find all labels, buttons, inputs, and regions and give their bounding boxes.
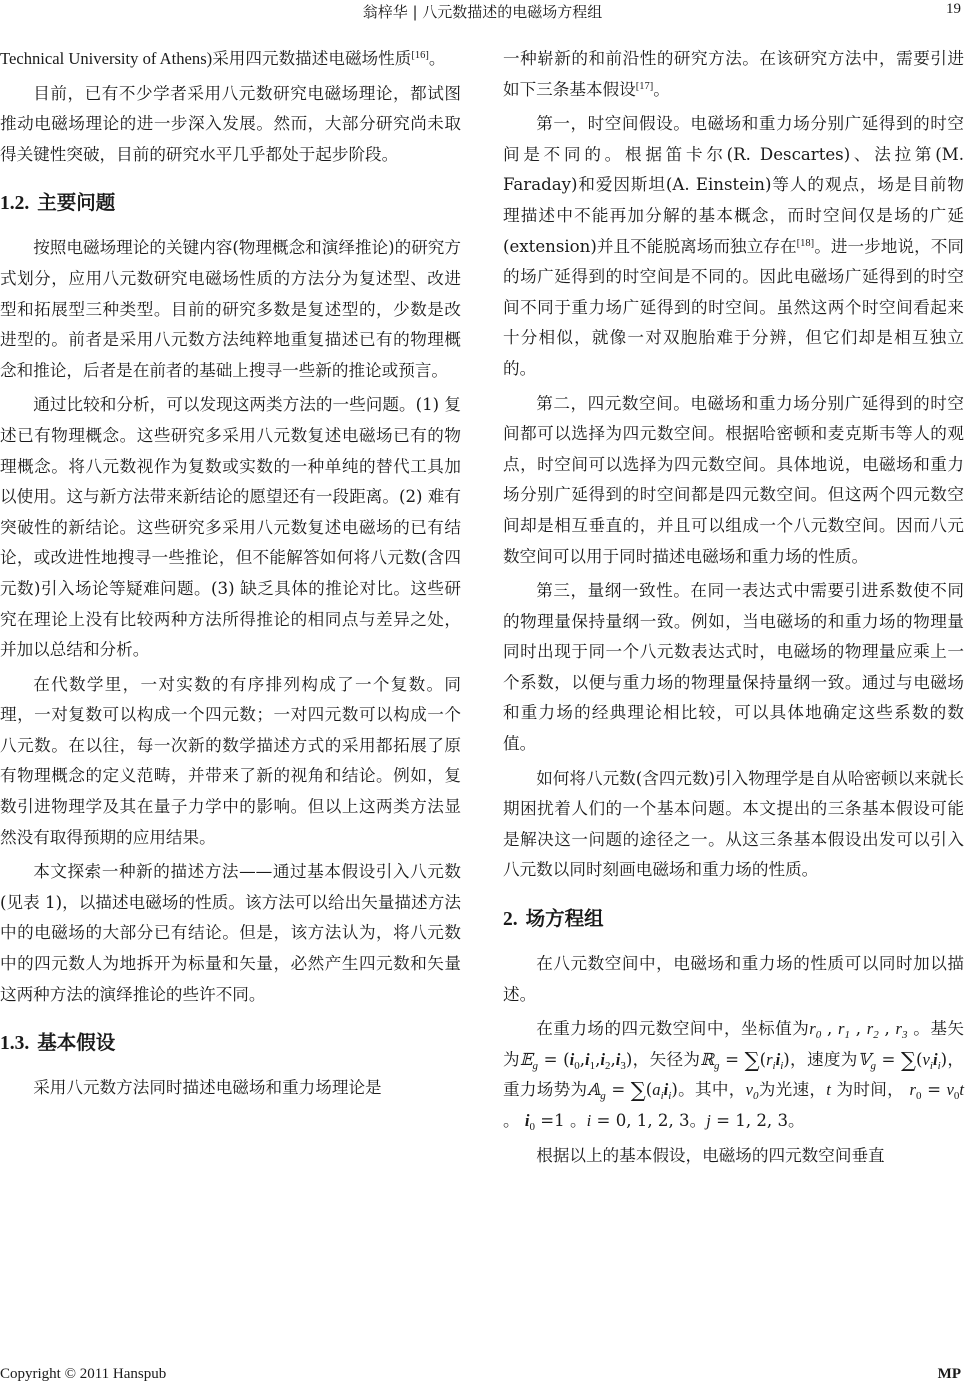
paragraph: 本文探索一种新的描述方法——通过基本假设引入八元数(见表 1)，以描述电磁场的性… [0,857,461,1010]
paragraph: 在八元数空间中，电磁场和重力场的性质可以同时加以描述。 [503,949,964,1010]
math-eq-j: j [706,1111,711,1130]
section-heading-1-2: 1.2.主要问题 [0,190,461,217]
citation[interactable]: [16] [411,50,429,61]
paragraph: 通过比较和分析，可以发现这两类方法的一些问题。(1) 复述已有物理概念。这些研究… [0,390,461,665]
copyright: Copyright © 2011 Hanspub [0,1366,166,1383]
math-velocity: 𝕍g = ∑(viii) [858,1050,948,1069]
journal-abbrev: MP [938,1366,961,1383]
paragraph: 一种崭新的和前沿性的研究方法。在该研究方法中，需要引进如下三条基本假设[17]。 [503,44,964,105]
math-t: t [826,1080,831,1099]
math-basis: 𝔼g = (i0,i1,i2,i3) [520,1050,633,1069]
math-r3: r3 [896,1019,908,1038]
paragraph: 根据以上的基本假设，电磁场的四元数空间垂直 [503,1141,964,1172]
paragraph: 按照电磁场理论的关键内容(物理概念和演绎推论)的研究方式划分，应用八元数研究电磁… [0,233,461,386]
section-heading-1-3: 1.3.基本假设 [0,1030,461,1057]
math-v0: v0 [746,1080,759,1099]
math-eq-r0: r0 = v0t [910,1080,965,1099]
paragraph: 第二，四元数空间。电磁场和重力场分别广延得到的时空间都可以选择为四元数空间。根据… [503,389,964,573]
paragraph: 第一，时空间假设。电磁场和重力场分别广延得到的时空间是不同的。根据笛卡尔(R. … [503,109,964,384]
math-potential: 𝔸g = ∑(aiii) [587,1080,677,1099]
section-heading-2: 2.场方程组 [503,906,964,933]
paragraph: Technical University of Athens)采用四元数描述电磁… [0,44,461,75]
paragraph: 在代数学里，一对实数的有序排列构成了一个复数。同理，一对复数可以构成一个四元数；… [0,670,461,854]
math-r0: r0 [809,1019,821,1038]
citation[interactable]: [18] [797,238,815,249]
right-column: 一种崭新的和前沿性的研究方法。在该研究方法中，需要引进如下三条基本假设[17]。… [503,44,964,1171]
page-footer: Copyright © 2011 Hanspub MP [0,1366,965,1386]
paragraph: 第三，量纲一致性。在同一表达式中需要引进系数使不同的物理量保持量纲一致。例如，当… [503,576,964,760]
math-radius: ℝg = ∑(riii) [700,1050,790,1069]
math-eq-i0: i0 =1 [525,1111,565,1130]
running-title: 翁梓华 | 八元数描述的电磁场方程组 [0,1,965,22]
paragraph: 如何将八元数(含四元数)引入物理学是自从哈密顿以来就长期困扰着人们的一个基本问题… [503,764,964,886]
running-header: 翁梓华 | 八元数描述的电磁场方程组 19 [0,0,965,22]
paragraph: 目前，已有不少学者采用八元数研究电磁场理论，都试图推动电磁场理论的进一步深入发展… [0,79,461,171]
paragraph: 采用八元数方法同时描述电磁场和重力场理论是 [0,1073,461,1104]
left-column: Technical University of Athens)采用四元数描述电磁… [0,44,461,1104]
math-eq-i: i [587,1111,592,1130]
citation[interactable]: [17] [636,81,654,92]
math-r1: r1 [838,1019,850,1038]
math-r2: r2 [867,1019,879,1038]
paragraph-with-math: 在重力场的四元数空间中，坐标值为r0 , r1 , r2 , r3 。基矢为𝔼g… [503,1014,964,1136]
page-number: 19 [946,1,961,18]
